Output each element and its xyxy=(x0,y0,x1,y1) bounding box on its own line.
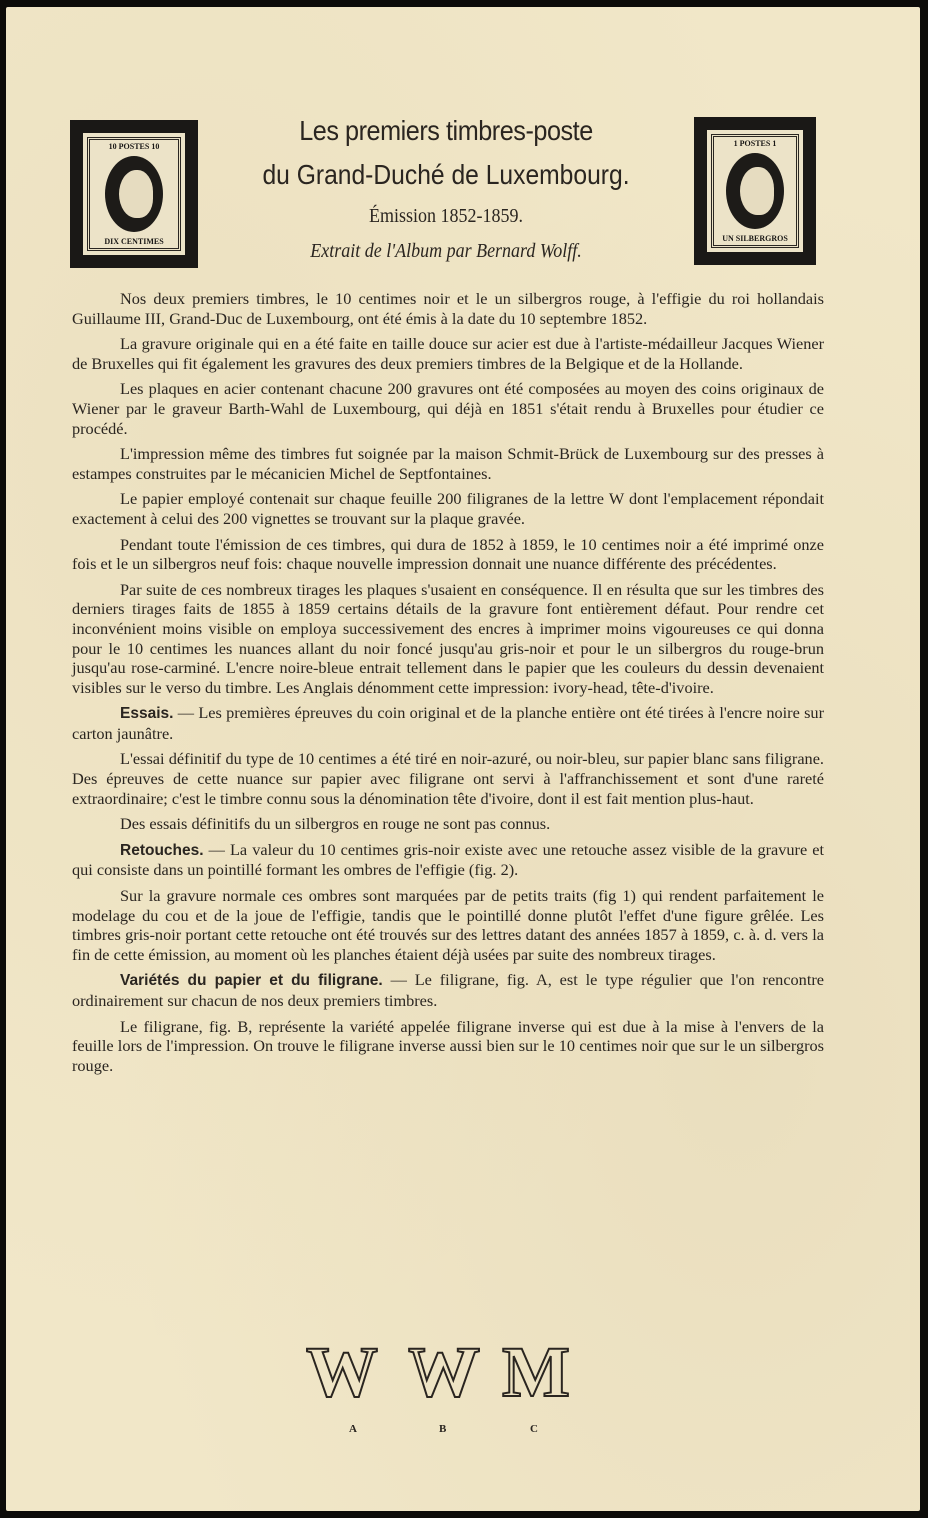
paragraph: L'impression même des timbres fut soigné… xyxy=(72,444,824,483)
paragraph: L'essai définitif du type de 10 centimes… xyxy=(72,749,824,808)
figure-caption-c: C xyxy=(530,1423,538,1435)
paragraph: Nos deux premiers timbres, le 10 centime… xyxy=(72,289,824,328)
figure-caption-a: A xyxy=(349,1423,357,1435)
stamp-bottom-label: DIX CENTIMES xyxy=(90,237,178,246)
section-text: — Les premières épreuves du coin origina… xyxy=(72,703,824,743)
effigy-oval xyxy=(726,153,784,229)
section-heading: Essais. xyxy=(120,705,173,722)
page-title-line2: du Grand-Duché de Luxembourg. xyxy=(208,159,683,191)
section-heading: Retouches. xyxy=(120,842,204,859)
varietes-section: Variétés du papier et du filigrane. — Le… xyxy=(72,970,824,1010)
paragraph: Le filigrane, fig. B, représente la vari… xyxy=(72,1017,824,1076)
stamp-right: 1 POSTES 1 UN SILBERGROS xyxy=(694,117,816,265)
subtitle: Émission 1852-1859. xyxy=(230,205,662,228)
figure-caption-b: B xyxy=(439,1423,446,1435)
paragraph: Sur la gravure normale ces ombres sont m… xyxy=(72,886,824,964)
watermark-figure-b-icon: W xyxy=(408,1332,480,1412)
paragraph: Le papier employé contenait sur chaque f… xyxy=(72,489,824,528)
paragraph: Pendant toute l'émission de ces timbres,… xyxy=(72,535,824,574)
stamp-left: 10 POSTES 10 DIX CENTIMES xyxy=(70,120,198,268)
paragraph: La gravure originale qui en a été faite … xyxy=(72,334,824,373)
retouches-section: Retouches. — La valeur du 10 centimes gr… xyxy=(72,840,824,880)
essais-section: Essais. — Les premières épreuves du coin… xyxy=(72,703,824,743)
paragraph: Par suite de ces nombreux tirages les pl… xyxy=(72,580,824,698)
section-heading: Variétés du papier et du filigrane. xyxy=(120,972,383,989)
paragraph: Des essais définitifs du un silbergros e… xyxy=(72,814,824,834)
watermark-figure-c-icon: M xyxy=(502,1332,570,1412)
document-page: 10 POSTES 10 DIX CENTIMES 1 POSTES 1 UN … xyxy=(6,7,920,1511)
stamp-bottom-label: UN SILBERGROS xyxy=(714,234,796,243)
byline: Extrait de l'Album par Bernard Wolff. xyxy=(230,240,662,263)
stamp-top-label: 10 POSTES 10 xyxy=(90,142,178,151)
watermark-figure-a-icon: W xyxy=(306,1332,378,1412)
stamp-top-label: 1 POSTES 1 xyxy=(714,139,796,148)
effigy-oval xyxy=(105,156,163,232)
stamp-1-silbergros-icon: 1 POSTES 1 UN SILBERGROS xyxy=(705,128,805,254)
article-body: Nos deux premiers timbres, le 10 centime… xyxy=(72,289,824,1081)
stamp-10-centimes-icon: 10 POSTES 10 DIX CENTIMES xyxy=(81,131,187,257)
page-title-line1: Les premiers timbres-poste xyxy=(230,115,662,147)
paragraph: Les plaques en acier contenant chacune 2… xyxy=(72,379,824,438)
